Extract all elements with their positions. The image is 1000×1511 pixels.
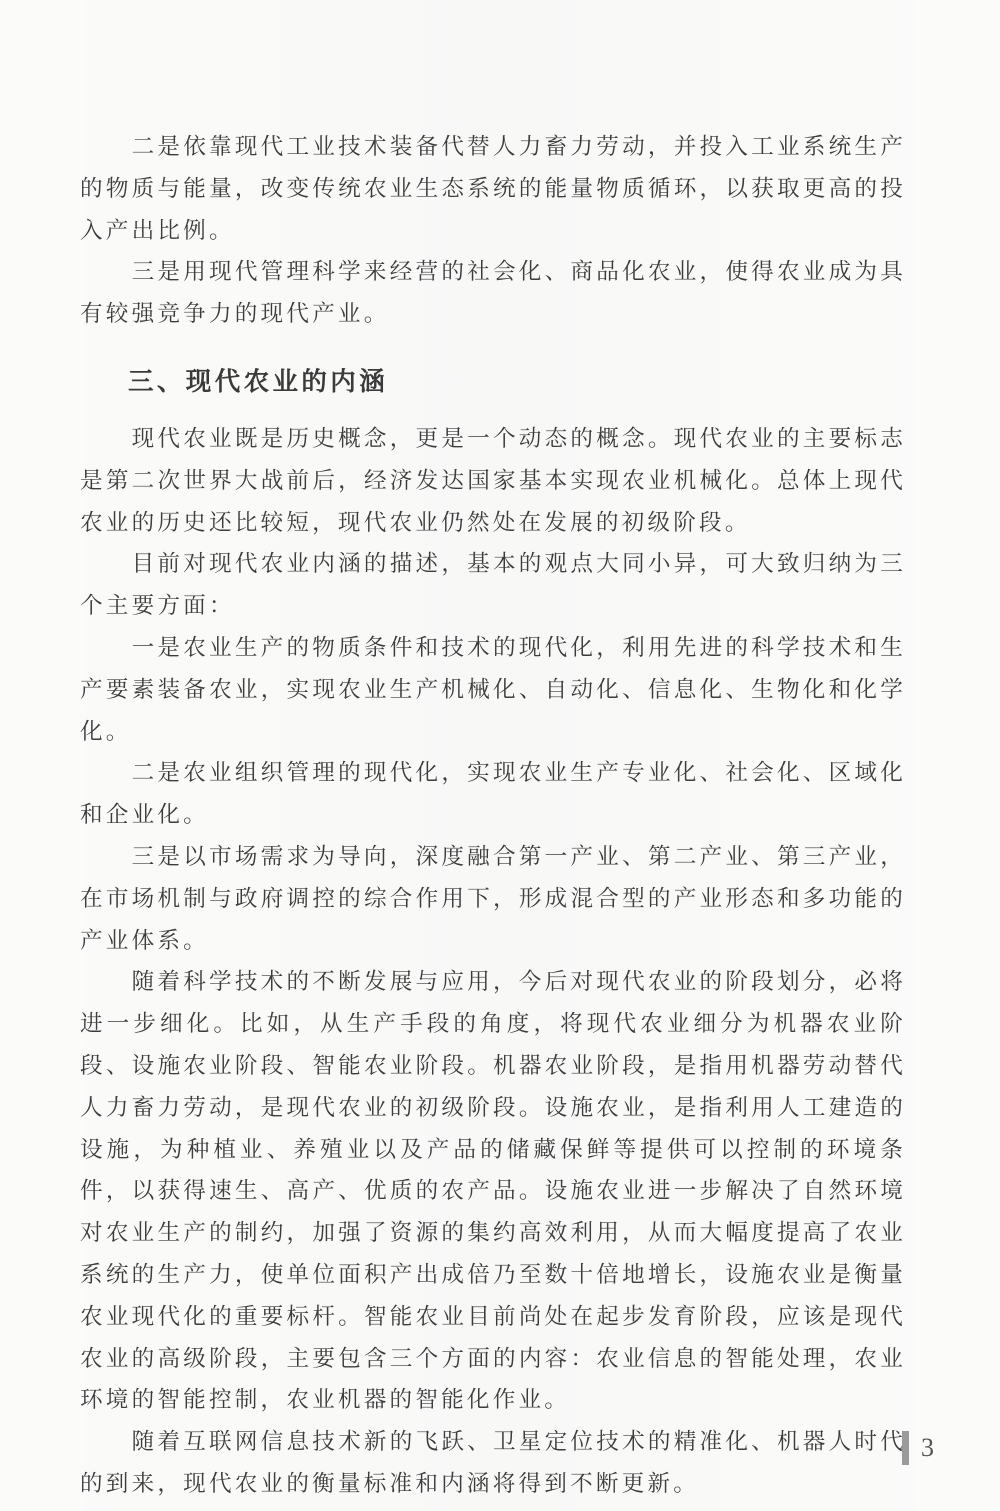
top-section: 二是依靠现代工业技术装备代替人力畜力劳动，并投入工业系统生产的物质与能量，改变传…	[80, 127, 906, 336]
paragraph: 二是依靠现代工业技术装备代替人力畜力劳动，并投入工业系统生产的物质与能量，改变传…	[80, 127, 906, 252]
paragraph: 随着互联网信息技术新的飞跃、卫星定位技术的精准化、机器人时代的到来，现代农业的衡…	[80, 1422, 906, 1506]
section-heading: 三、现代农业的内涵	[128, 362, 388, 402]
paragraph: 现代农业既是历史概念，更是一个动态的概念。现代农业的主要标志是第二次世界大战前后…	[80, 419, 906, 544]
paragraph: 三是以市场需求为导向，深度融合第一产业、第二产业、第三产业，在市场机制与政府调控…	[80, 837, 906, 962]
paragraph: 三是用现代管理科学来经营的社会化、商品化农业，使得农业成为具有较强竞争力的现代产…	[80, 252, 906, 336]
page-folio: 3	[902, 1430, 934, 1466]
book-page: 二是依靠现代工业技术装备代替人力畜力劳动，并投入工业系统生产的物质与能量，改变传…	[0, 0, 1000, 1511]
folio-bar-decoration	[902, 1431, 909, 1465]
main-section: 现代农业既是历史概念，更是一个动态的概念。现代农业的主要标志是第二次世界大战前后…	[80, 419, 906, 1506]
paragraph: 二是农业组织管理的现代化，实现农业生产专业化、社会化、区域化和企业化。	[80, 753, 906, 837]
paragraph: 目前对现代农业内涵的描述，基本的观点大同小异，可大致归纳为三个主要方面：	[80, 544, 906, 628]
paragraph: 随着科学技术的不断发展与应用，今后对现代农业的阶段划分，必将进一步细化。比如，从…	[80, 962, 906, 1422]
paragraph: 一是农业生产的物质条件和技术的现代化，利用先进的科学技术和生产要素装备农业，实现…	[80, 628, 906, 753]
page-number: 3	[921, 1431, 934, 1465]
